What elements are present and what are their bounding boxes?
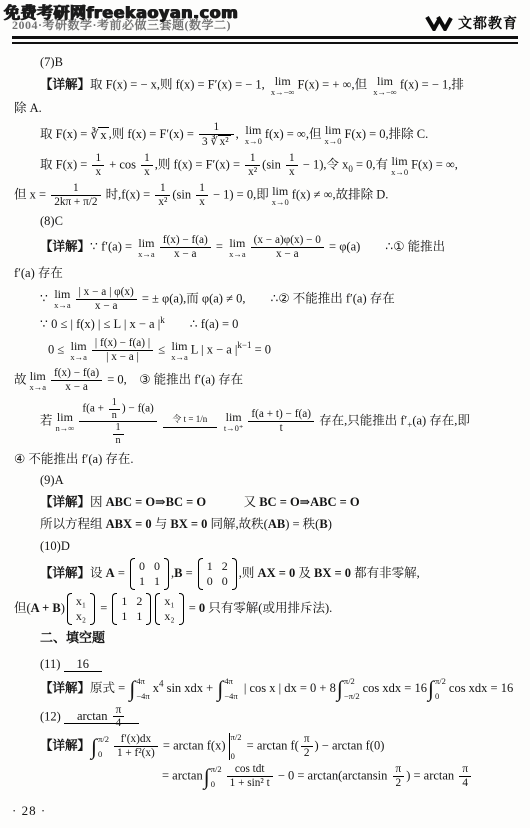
integral-upper: π/2	[344, 677, 360, 686]
document-line: 0 ≤ limx→a| f(x) − f(a) || x − a | ≤ lim…	[48, 337, 526, 364]
text-run: = arctan f(x)	[160, 739, 229, 753]
matrix-right-bracket	[146, 593, 151, 625]
fraction-denominator: n	[109, 409, 120, 422]
math-fraction: | x − a | φ(x)x − a	[76, 286, 137, 313]
text-run: )	[61, 601, 65, 615]
text-run: 及	[295, 566, 314, 580]
document-line: 所以方程组 ABX = 0 与 BX = 0 同解,故秩(AB) = 秩(B)	[40, 515, 526, 534]
bold-text: A	[106, 566, 115, 580]
text-run: 3	[202, 136, 210, 148]
text-run: 故	[14, 372, 27, 386]
matrix-cell: 1	[136, 609, 142, 624]
math-fraction: π2	[301, 733, 313, 760]
math-fraction: 1n	[113, 422, 124, 446]
text-run: 2	[304, 747, 310, 759]
text-run: 原式 =	[90, 680, 128, 694]
integral-limits: π/20	[98, 735, 109, 759]
bold-text: ABC = O⇒BC = O	[106, 495, 206, 509]
text-run: x²	[158, 196, 167, 208]
fraction-numerator: π	[393, 763, 405, 776]
text-run: ∵	[40, 291, 51, 305]
fraction-numerator: 1	[141, 152, 153, 165]
text-run: f(x) = ∞,但	[265, 127, 322, 141]
fraction-numerator: 1	[109, 397, 120, 409]
integral-lower: 0	[435, 692, 446, 701]
math-limit: limx→a	[229, 237, 246, 259]
text-run: x − a	[65, 381, 88, 393]
text-run: x²	[248, 166, 257, 178]
document-line: (12) arctan π4	[40, 704, 526, 731]
fraction-denominator: 1 + f²(x)	[114, 746, 158, 760]
bold-text: AX = 0	[258, 566, 296, 580]
text-run: 取 F(x) =	[40, 127, 90, 141]
math-matrix: x₁x₂	[67, 593, 95, 625]
text-run: f′(x)dx	[121, 733, 152, 745]
document-body: (7)B【详解】取 F(x) = − x,则 f(x) = F′(x) = − …	[0, 44, 530, 790]
text-run: n	[112, 410, 117, 421]
text-run: = φ(a) ∴① 能推出	[326, 239, 445, 253]
matrix-right-bracket	[232, 558, 237, 590]
limit-subscript: x→0	[245, 137, 262, 146]
math-limit: limx→a	[138, 237, 155, 259]
text-run: =	[182, 566, 195, 580]
limit-word: lim	[229, 237, 246, 249]
math-fraction: π4	[113, 704, 125, 731]
text-run: 取 F(x) = − x,则 f(x) = F′(x) = − 1,	[90, 77, 268, 91]
fraction-denominator: 1 + sin² t	[227, 776, 273, 790]
fraction-numerator: f(a + t) − f(a)	[248, 408, 314, 421]
limit-subscript: x→0	[391, 168, 408, 177]
math-fraction: 1x²	[245, 152, 260, 179]
bold-text: 【详解】	[40, 566, 90, 580]
limit-word: lim	[245, 124, 262, 136]
limit-subscript: x→a	[171, 353, 188, 362]
text-run: (11)	[40, 657, 64, 671]
fraction-denominator: x − a	[160, 247, 211, 261]
text-run: 因	[90, 495, 106, 509]
radicand: x	[98, 127, 108, 143]
fraction-denominator: 4	[459, 776, 471, 790]
text-run: F(x) = ∞,	[411, 158, 458, 172]
text-run: (7)B	[40, 55, 63, 69]
text-run: − 1),令 x	[300, 158, 349, 172]
text-run: ∴ f(a) = 0	[165, 317, 239, 331]
substitution-note: 令 t = 1/n	[163, 413, 217, 431]
text-run: 除 A.	[14, 101, 42, 115]
bold-text: 二、填空题	[40, 630, 105, 645]
integral-limits: 4π−4π	[224, 677, 237, 701]
text-run: 1	[73, 182, 79, 194]
document-line: 【详解】取 F(x) = − x,则 f(x) = F′(x) = − 1, l…	[40, 75, 526, 97]
math-limit: limn→∞	[56, 411, 75, 433]
bold-text: 【详解】	[40, 77, 90, 91]
integral-upper: π/2	[435, 677, 446, 686]
text-run: 1	[116, 422, 121, 433]
fraction-numerator: 1	[92, 152, 104, 165]
fraction-numerator: | f(x) − f(a) |	[92, 337, 153, 350]
text-run: ,	[236, 127, 242, 141]
limit-word: lim	[373, 75, 397, 87]
math-fraction: 1x	[196, 182, 208, 209]
document-line: 【详解】∫π/20f′(x)dx1 + f²(x) = arctan f(x) …	[40, 733, 526, 760]
math-fraction: π4	[459, 763, 471, 790]
text-run: x − a	[174, 248, 197, 260]
matrix-cell: x₂	[76, 609, 86, 624]
page-number: · 28 ·	[12, 803, 46, 819]
text-run: ≤	[155, 343, 168, 357]
fraction-numerator: π	[301, 733, 313, 746]
document-line: 取 F(x) = 1x + cos 1x,则 f(x) = F′(x) = 1x…	[40, 152, 526, 179]
text-run: − 0 = arctan(arctansin	[275, 769, 391, 783]
document-line: (9)A	[40, 471, 526, 490]
document-line: 但(A + B)x₁x₂ = 1211x₁x₂ = 0 只有零解(或用排斥法).	[14, 593, 526, 625]
text-run: x	[144, 166, 150, 178]
math-fraction: 13 ∛x²	[199, 121, 234, 149]
limit-subscript: x→0	[324, 137, 341, 146]
fraction-denominator: x	[286, 165, 298, 179]
text-run: =	[213, 239, 226, 253]
text-run: f(x) − f(a)	[54, 367, 99, 379]
math-matrix: x₁x₂	[155, 593, 183, 625]
fraction-denominator: x − a	[76, 299, 137, 313]
watermark-text: 免费考研网freekaoyan.com	[4, 0, 238, 23]
text-run: + cos	[106, 158, 139, 172]
document-line: ④ 不能推出 f′(a) 存在.	[14, 450, 526, 469]
text-run: 1	[144, 152, 150, 164]
document-line: (8)C	[40, 212, 526, 231]
text-run: 设	[90, 566, 106, 580]
math-integral: ∫π/20	[428, 677, 448, 701]
text-run: ∵ 0 ≤ | f(x) | ≤ L | x − a |	[40, 317, 160, 331]
math-integral: ∫π/20	[204, 765, 224, 789]
integral-limits: 4π−4π	[136, 677, 149, 701]
text-run: (sin	[172, 188, 194, 202]
document-line: 若limn→∞f(a + 1n) − f(a)1n令 t = 1/nlimt→0…	[40, 397, 526, 447]
limit-word: lim	[54, 288, 71, 300]
text-run: ,则 f(x) = F′(x) =	[109, 127, 197, 141]
limit-word: lim	[30, 370, 47, 382]
answer-underline: 16	[64, 657, 103, 672]
text-run: f′(a) 存在	[14, 266, 63, 280]
text-run: 2kπ + π/2	[54, 196, 97, 208]
integral-sign: ∫	[428, 678, 434, 700]
document-line: (11) 16	[40, 655, 526, 674]
limit-word: lim	[391, 155, 408, 167]
math-integral: ∫4π−4π	[217, 677, 239, 701]
text-run: F(x) = 0,排除 C.	[344, 127, 428, 141]
text-run: (12)	[40, 709, 64, 723]
math-fraction: (x − a)φ(x) − 0x − a	[251, 234, 324, 261]
matrix-cell: 1	[154, 574, 160, 589]
text-run: = 0,有	[353, 158, 388, 172]
fraction-numerator: π	[113, 704, 125, 717]
math-limit: limx→0	[324, 124, 341, 146]
matrix-cell: x₁	[76, 594, 86, 609]
matrix-cell: 0	[207, 574, 213, 589]
limit-subscript: n→∞	[56, 424, 75, 433]
fraction-denominator: x²	[155, 195, 170, 209]
text-run: (10)D	[40, 539, 70, 553]
document-line: 取 F(x) = ∛x,则 f(x) = F′(x) = 13 ∛x², lim…	[40, 121, 526, 149]
fraction-denominator: 3 ∛x²	[199, 134, 234, 150]
bold-text: BX = 0	[314, 566, 351, 580]
note-label: 令 t = 1/n	[163, 413, 217, 427]
limit-subscript: t→0⁺	[224, 424, 244, 433]
matrix-cell: 0	[154, 559, 160, 574]
wendu-logo-icon	[425, 15, 455, 31]
text-run: 存在,只能推出 f′	[316, 414, 407, 428]
text-run: cos xdx = 16	[363, 680, 427, 694]
text-run: | cos x | dx = 0 + 8	[241, 680, 336, 694]
document-line: ∵ limx→a| x − a | φ(x)x − a = ± φ(a),而 φ…	[40, 286, 526, 313]
text-run: ④ 不能推出 f′(a) 存在.	[14, 452, 133, 466]
text-run: 1	[289, 152, 295, 164]
evaluation-bar: π/20	[229, 733, 244, 760]
math-fraction: 1x	[141, 152, 153, 179]
text-run: f(a + t) − f(a)	[251, 408, 311, 420]
limit-word: lim	[138, 237, 155, 249]
text-run: π	[304, 733, 310, 745]
limit-subscript: x→a	[229, 250, 246, 259]
integral-limits: π/2−π/2	[344, 677, 360, 701]
math-limit: limx→−∞	[271, 75, 295, 97]
publisher-brand: 文都教育	[425, 13, 518, 33]
fraction-numerator: 1	[199, 121, 234, 134]
text-run: | f(x) − f(a) |	[95, 337, 150, 349]
document-line: ∵ 0 ≤ | f(x) | ≤ L | x − a |k ∴ f(a) = 0	[40, 315, 526, 334]
text-run: x − a	[95, 300, 118, 312]
text-run: 所以方程组	[40, 517, 106, 531]
upper-limit: π/2	[231, 733, 242, 742]
matrix-right-bracket	[164, 558, 169, 590]
integral-upper: π/2	[211, 765, 222, 774]
document-line: 除 A.	[14, 99, 526, 118]
text-run: = ± φ(a),而 φ(a) ≠ 0, ∴② 不能推出 f′(a) 存在	[139, 291, 395, 305]
fraction-numerator: cos tdt	[227, 763, 273, 776]
math-fraction: π2	[393, 763, 405, 790]
text-run: − 1) = 0,即	[210, 188, 269, 202]
header-divider	[12, 36, 518, 44]
math-fraction: 1x	[92, 152, 104, 179]
text-run: ∵ f′(a) =	[90, 239, 135, 253]
text-run: 1	[112, 397, 117, 408]
text-run: x²	[220, 136, 229, 148]
matrix-cell: 0	[139, 559, 145, 574]
matrix-cell: x₂	[164, 609, 174, 624]
fraction-numerator: π	[459, 763, 471, 776]
limit-subscript: x→a	[30, 383, 47, 392]
fraction-denominator: x	[196, 195, 208, 209]
math-integral: ∫4π−4π	[129, 677, 151, 701]
text-run: 4	[116, 717, 122, 729]
text-run: (9)A	[40, 473, 64, 487]
text-run: sin xdx +	[163, 680, 216, 694]
limit-word: lim	[56, 411, 75, 423]
math-fraction: 1x	[286, 152, 298, 179]
limit-subscript: x→a	[70, 353, 87, 362]
fraction-denominator: x − a	[51, 380, 102, 394]
text-run: 同解,故秩(	[207, 517, 267, 531]
fraction-denominator: x − a	[251, 247, 324, 261]
math-limit: limx→a	[30, 370, 47, 392]
math-fraction: f′(x)dx1 + f²(x)	[114, 733, 158, 760]
bold-text: BC = O⇒ABC = O	[259, 495, 359, 509]
text-run: | x − a |	[106, 351, 139, 363]
fraction-numerator: 1	[113, 422, 124, 434]
text-run: cos xdx = 16	[449, 680, 513, 694]
text-run: (x − a)φ(x) − 0	[254, 234, 321, 246]
bold-text: B	[319, 517, 327, 531]
integral-upper: 4π	[224, 677, 237, 686]
limit-word: lim	[271, 75, 295, 87]
matrix-cell: 2	[222, 559, 228, 574]
text-run: (a) 存在,即	[412, 414, 470, 428]
matrix-cell: 1	[121, 594, 127, 609]
integral-sign: ∫	[129, 678, 135, 700]
text-run: 2	[396, 777, 402, 789]
document-line: = arctan∫π/20cos tdt1 + sin² t − 0 = arc…	[162, 763, 526, 790]
evaluation-limits: π/20	[231, 733, 242, 760]
text-run: 但 x =	[14, 188, 49, 202]
math-fraction: f(a + 1n) − f(a)1n	[79, 397, 156, 447]
limit-subscript: x→−∞	[373, 88, 397, 97]
text-run: | x − a | φ(x)	[79, 286, 134, 298]
text-run: f(a +	[82, 403, 106, 415]
note-line	[163, 427, 217, 430]
math-limit: limx→a	[54, 288, 71, 310]
limit-word: lim	[224, 411, 244, 423]
math-fraction: | f(x) − f(a) || x − a |	[92, 337, 153, 364]
math-limit: limx→0	[272, 185, 289, 207]
text-run: ) = 秩(	[285, 517, 319, 531]
document-line: 故limx→af(x) − f(a)x − a = 0, ③ 能推出 f′(a)…	[14, 367, 526, 394]
text-run: π	[396, 763, 402, 775]
fraction-numerator: | x − a | φ(x)	[76, 286, 137, 299]
text-run: x	[289, 166, 295, 178]
math-fraction: f(x) − f(a)x − a	[51, 367, 102, 394]
math-fraction: f(x) − f(a)x − a	[160, 234, 211, 261]
matrix-right-bracket	[90, 593, 95, 625]
limit-subscript: x→−∞	[271, 88, 295, 97]
text-run: =	[97, 601, 110, 615]
matrix-grid: 1200	[203, 558, 232, 590]
text-run: x	[95, 166, 101, 178]
limit-word: lim	[324, 124, 341, 136]
text-run: arctan	[77, 709, 111, 723]
text-run: 1	[95, 152, 101, 164]
text-run: 1	[199, 182, 205, 194]
matrix-grid: x₁x₂	[160, 593, 178, 625]
text-run: 16	[77, 657, 90, 671]
bold-text: 【详解】	[40, 680, 90, 694]
fraction-numerator: 1	[51, 182, 100, 195]
limit-word: lim	[70, 340, 87, 352]
math-cube-root: ∛x	[90, 127, 108, 143]
document-line: f′(a) 存在	[14, 264, 526, 283]
math-cube-root: ∛x²	[210, 135, 230, 150]
limit-subscript: x→a	[54, 301, 71, 310]
text-run: 与	[152, 517, 171, 531]
text-run: 4	[462, 777, 468, 789]
matrix-cell: 0	[222, 574, 228, 589]
integral-limits: π/20	[435, 677, 446, 701]
document-line: 【详解】因 ABC = O⇒BC = O 又 BC = O⇒ABC = O	[40, 493, 526, 512]
fraction-denominator: t	[248, 421, 314, 435]
integral-limits: π/20	[211, 765, 222, 789]
document-line: 【详解】∵ f′(a) = limx→af(x) − f(a)x − a = l…	[40, 234, 526, 261]
fraction-denominator: | x − a |	[92, 350, 153, 364]
text-run: = arctan	[162, 769, 203, 783]
math-matrix: 0011	[130, 558, 169, 590]
matrix-cell: 1	[207, 559, 213, 574]
fraction-denominator: 1n	[79, 421, 156, 446]
math-limit: limx→0	[245, 124, 262, 146]
text-run: f(x) ≠ ∞,故排除 D.	[292, 188, 389, 202]
math-integral: ∫π/20	[91, 735, 111, 759]
fraction-numerator: f(x) − f(a)	[160, 234, 211, 247]
bar-line	[229, 733, 230, 760]
matrix-cell: 1	[139, 574, 145, 589]
math-limit: limx→a	[70, 340, 87, 362]
fraction-denominator: 2	[393, 776, 405, 790]
text-run: F(x) = + ∞,但	[298, 77, 371, 91]
fraction-numerator: 1	[286, 152, 298, 165]
lower-limit: 0	[231, 752, 242, 761]
fraction-denominator: 2kπ + π/2	[51, 195, 100, 209]
fraction-numerator: f′(x)dx	[114, 733, 158, 746]
text-run: π	[116, 704, 122, 716]
text-run: 1 + f²(x)	[117, 747, 155, 759]
limit-subscript: x→a	[138, 250, 155, 259]
integral-sign: ∫	[204, 766, 210, 788]
bold-text: 【详解】	[40, 739, 90, 753]
integral-upper: π/2	[98, 735, 109, 744]
fraction-numerator: 1	[155, 182, 170, 195]
text-run: 都有非零解,	[351, 566, 420, 580]
fraction-denominator: 2	[301, 746, 313, 760]
bold-text: BX = 0	[170, 517, 207, 531]
math-fraction: 1x²	[155, 182, 170, 209]
text-run: ) − arctan f(0)	[315, 739, 385, 753]
fraction-denominator: x	[92, 165, 104, 179]
math-limit: limx→a	[171, 340, 188, 362]
text-run: π	[462, 763, 468, 775]
text-run: x	[199, 196, 205, 208]
text-run: L | x − a |	[191, 343, 238, 357]
matrix-right-bracket	[179, 593, 184, 625]
text-run: ,则	[239, 566, 258, 580]
text-run: ) = arctan	[406, 769, 457, 783]
bold-text: AB	[268, 517, 285, 531]
bold-text: 【详解】	[40, 239, 90, 253]
bold-text: ABX = 0	[106, 517, 152, 531]
text-run: 取 F(x) =	[40, 158, 90, 172]
document-line: 【详解】原式 = ∫4π−4πx4 sin xdx + ∫4π−4π | cos…	[40, 677, 526, 701]
matrix-cell: 2	[136, 594, 142, 609]
text-run: 1	[250, 152, 256, 164]
limit-word: lim	[171, 340, 188, 352]
math-fraction: 1n	[109, 397, 120, 421]
document-line: 【详解】设 A = 0011,B = 1200,则 AX = 0 及 BX = …	[40, 558, 526, 590]
radical-sign: ∛	[90, 127, 98, 142]
math-fraction: 12kπ + π/2	[51, 182, 100, 209]
limit-subscript: x→0	[272, 198, 289, 207]
fraction-numerator: f(a + 1n) − f(a)	[79, 397, 156, 421]
text-run: 1	[214, 121, 220, 133]
integral-lower: −4π	[136, 692, 149, 701]
text-run: (sin	[262, 158, 284, 172]
math-fraction: f(a + t) − f(a)t	[248, 408, 314, 435]
